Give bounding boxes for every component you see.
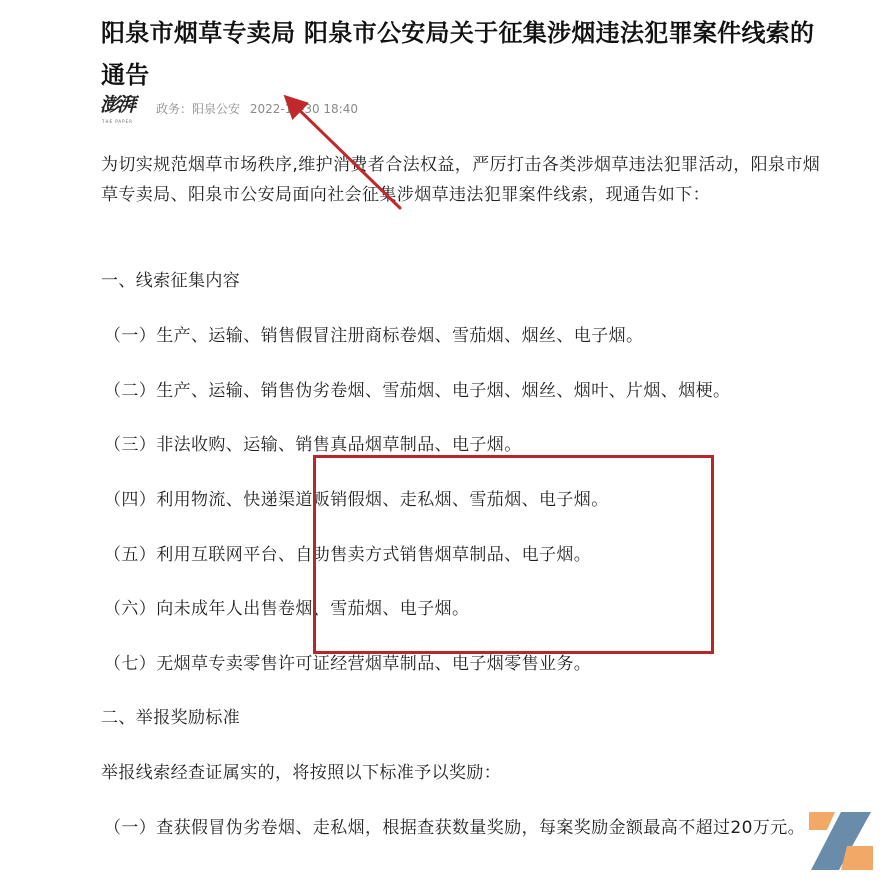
source-logo-subtext: THE PAPER (102, 119, 133, 124)
section1-item-5: （五）利用互联网平台、自助售卖方式销售烟草制品、电子烟。 (104, 540, 824, 570)
section1-heading: 一、线索征集内容 (101, 266, 821, 296)
article-title: 阳泉市烟草专卖局 阳泉市公安局关于征集涉烟违法犯罪案件线索的通告 (101, 12, 821, 96)
section1-item-6: （六）向未成年人出售卷烟、雪茄烟、电子烟。 (104, 594, 824, 624)
intro-paragraph: 为切实规范烟草市场秩序,维护消费者合法权益，严厉打击各类涉烟草违法犯罪活动，阳泉… (101, 150, 821, 210)
section1-item-4: （四）利用物流、快递渠道贩销假烟、走私烟、雪茄烟、电子烟。 (104, 485, 824, 515)
section2-item-1: （一）查获假冒伪劣卷烟、走私烟，根据查获数量奖励，每案奖励金额最高不超过20万元… (104, 813, 824, 843)
section2-intro: 举报线索经查证属实的，将按照以下标准予以奖励： (101, 758, 821, 788)
section1-item-3: （三）非法收购、运输、销售真品烟草制品、电子烟。 (104, 430, 824, 460)
section1-item-7: （七）无烟草专卖零售许可证经营烟草制品、电子烟零售业务。 (104, 649, 824, 679)
source-logo[interactable]: 澎湃 THE PAPER (100, 95, 146, 121)
article: 阳泉市烟草专卖局 阳泉市公安局关于征集涉烟违法犯罪案件线索的通告 澎湃 THE … (0, 0, 881, 881)
section1-item-1: （一）生产、运输、销售假冒注册商标卷烟、雪茄烟、烟丝、电子烟。 (104, 321, 824, 351)
section2-heading: 二、举报奖励标准 (101, 703, 821, 733)
article-meta: 澎湃 THE PAPER 政务：阳泉公安 2022-12-30 18:40 (100, 94, 358, 122)
meta-text: 政务：阳泉公安 2022-12-30 18:40 (156, 100, 358, 117)
section1-item-2: （二）生产、运输、销售伪劣卷烟、雪茄烟、电子烟、烟丝、烟叶、片烟、烟梗。 (104, 376, 824, 406)
zhihu-style-z-logo-icon (805, 810, 875, 872)
meta-channel[interactable]: 政务：阳泉公安 (156, 102, 240, 116)
source-logo-text: 澎湃 (100, 95, 146, 115)
meta-datetime: 2022-12-30 18:40 (250, 102, 358, 116)
